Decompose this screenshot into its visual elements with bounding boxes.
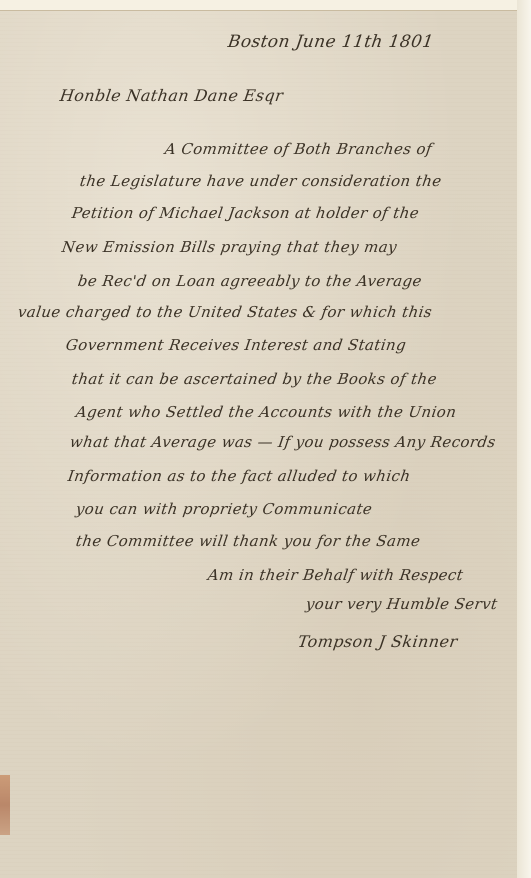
edge-stain: [0, 775, 10, 835]
dateline: Boston June 11th 1801: [227, 32, 435, 52]
body-line-11: Information as to the fact alluded to wh…: [67, 467, 412, 485]
closing-line-2: your very Humble Servt: [305, 595, 499, 613]
body-line-4: New Emission Bills praying that they may: [61, 238, 399, 256]
salutation: Honble Nathan Dane Esqr: [59, 86, 285, 105]
body-line-10: what that Average was — If you possess A…: [69, 433, 497, 451]
body-line-12: you can with propriety Communicate: [75, 500, 374, 518]
body-line-5: be Rec'd on Loan agreeably to the Averag…: [77, 272, 423, 290]
body-line-6: value charged to the United States & for…: [17, 303, 434, 321]
body-line-9: Agent who Settled the Accounts with the …: [75, 403, 458, 421]
signature: Tompson J Skinner: [297, 632, 459, 651]
body-line-8: that it can be ascertained by the Books …: [71, 370, 438, 388]
paper-edge: [517, 0, 531, 878]
body-line-3: Petition of Michael Jackson at holder of…: [71, 204, 421, 222]
body-line-1: A Committee of Both Branches of: [164, 140, 434, 158]
body-line-2: the Legislature have under consideration…: [79, 172, 443, 190]
body-line-13: the Committee will thank you for the Sam…: [75, 532, 422, 550]
body-line-7: Government Receives Interest and Stating: [65, 336, 408, 354]
closing-line-1: Am in their Behalf with Respect: [207, 566, 465, 584]
